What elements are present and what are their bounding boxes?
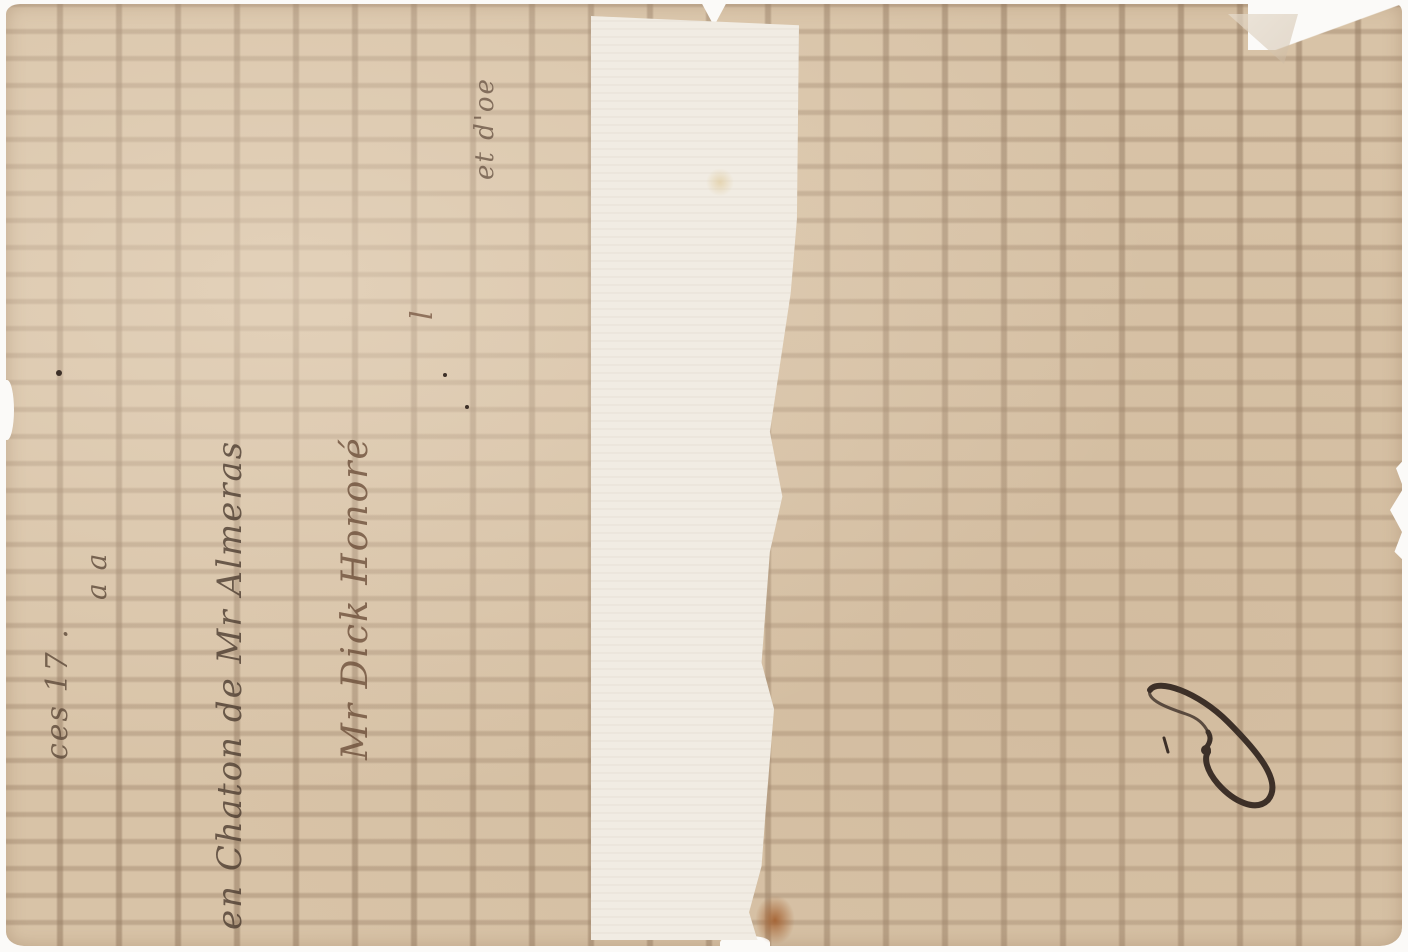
handwriting-line-1: ces 17 . <box>40 627 75 760</box>
ink-speck <box>56 370 62 376</box>
handwriting-line-2: a a <box>80 552 113 600</box>
ink-flourish-icon <box>1138 672 1288 822</box>
handwriting-line-4: Mr Dick Honoré <box>335 436 376 760</box>
photo-stage: ces 17 . a a en Chaton de Mr Almeras Mr … <box>0 0 1408 952</box>
handwriting-line-3: en Chaton de Mr Almeras <box>210 440 250 930</box>
handwriting-line-5: l <box>405 308 440 320</box>
handwriting-line-6: et d'oe <box>470 77 500 180</box>
ink-speck <box>443 373 447 377</box>
left-edge-tear <box>0 380 14 440</box>
ink-speck <box>465 405 469 409</box>
rust-stain <box>755 895 795 945</box>
